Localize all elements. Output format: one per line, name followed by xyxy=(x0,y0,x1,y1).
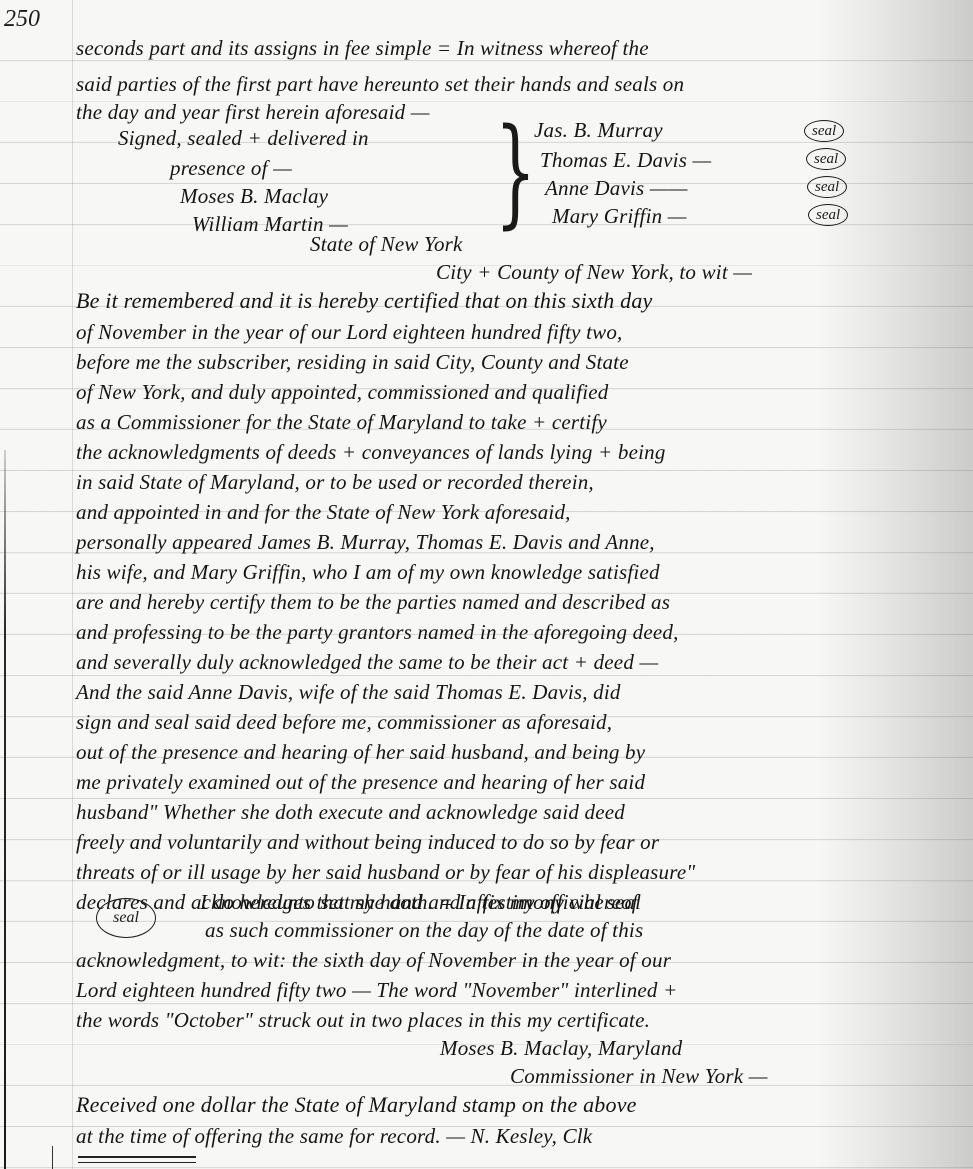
text-line: in said State of Maryland, or to be used… xyxy=(76,470,594,495)
seal-mark: seal xyxy=(806,148,846,170)
witness-name: Moses B. Maclay xyxy=(180,184,328,209)
seal-mark: seal xyxy=(807,176,847,198)
text-line: threats of or ill usage by her said husb… xyxy=(76,860,695,885)
text-line: I do hereunto set my hand and affix my o… xyxy=(200,890,641,915)
text-line: And the said Anne Davis, wife of the sai… xyxy=(76,680,621,705)
text-line: before me the subscriber, residing in sa… xyxy=(76,350,629,375)
signatory-name: Anne Davis —— xyxy=(545,176,688,201)
text-line: and appointed in and for the State of Ne… xyxy=(76,500,571,525)
binding-edge-line xyxy=(4,450,6,1169)
official-seal-mark: seal xyxy=(96,898,156,938)
text-line: the words "October" struck out in two pl… xyxy=(76,1008,650,1033)
text-line: husband" Whether she doth execute and ac… xyxy=(76,800,625,825)
text-line: as a Commissioner for the State of Maryl… xyxy=(76,410,607,435)
signatory-name: Mary Griffin — xyxy=(552,204,687,229)
text-line: the acknowledgments of deeds + conveyanc… xyxy=(76,440,666,465)
text-line: said parties of the first part have here… xyxy=(76,72,684,97)
text-line: seconds part and its assigns in fee simp… xyxy=(76,36,649,61)
signatory-name: Jas. B. Murray xyxy=(534,118,663,143)
text-line: Be it remembered and it is hereby certif… xyxy=(76,288,653,314)
witness-heading: Signed, sealed + delivered in xyxy=(118,126,369,151)
text-line: and professing to be the party grantors … xyxy=(76,620,679,645)
venue-state: State of New York xyxy=(310,232,463,257)
commissioner-title: Commissioner in New York — xyxy=(510,1064,768,1089)
text-line: are and hereby certify them to be the pa… xyxy=(76,590,670,615)
text-line: of November in the year of our Lord eigh… xyxy=(76,320,622,345)
text-line: me privately examined out of the presenc… xyxy=(76,770,645,795)
witness-heading: presence of — xyxy=(170,156,292,181)
text-line: freely and voluntarily and without being… xyxy=(76,830,659,855)
brace-bracket: } xyxy=(495,112,536,230)
text-line: sign and seal said deed before me, commi… xyxy=(76,710,612,735)
text-line: the day and year first herein aforesaid … xyxy=(76,100,430,125)
ledger-page: 250 seconds part and its assigns in fee … xyxy=(0,0,973,1169)
commissioner-signature: Moses B. Maclay, Maryland xyxy=(440,1036,682,1061)
receipt-line: Received one dollar the State of Marylan… xyxy=(76,1092,637,1118)
text-line: and severally duly acknowledged the same… xyxy=(76,650,658,675)
receipt-line: at the time of offering the same for rec… xyxy=(76,1124,592,1149)
text-line: his wife, and Mary Griffin, who I am of … xyxy=(76,560,660,585)
seal-mark: seal xyxy=(808,204,848,226)
venue-city-county: City + County of New York, to wit — xyxy=(436,260,752,285)
signatory-name: Thomas E. Davis — xyxy=(540,148,711,173)
text-line: out of the presence and hearing of her s… xyxy=(76,740,645,765)
text-line: acknowledgment, to wit: the sixth day of… xyxy=(76,948,671,973)
page-number: 250 xyxy=(4,6,40,33)
text-line: of New York, and duly appointed, commiss… xyxy=(76,380,609,405)
text-line: Lord eighteen hundred fifty two — The wo… xyxy=(76,978,677,1003)
text-line: as such commissioner on the day of the d… xyxy=(205,918,643,943)
seal-mark: seal xyxy=(804,120,844,142)
margin-tick xyxy=(52,1146,53,1169)
margin-rule xyxy=(72,0,73,1169)
closing-double-rule xyxy=(78,1156,196,1163)
text-line: personally appeared James B. Murray, Tho… xyxy=(76,530,655,555)
